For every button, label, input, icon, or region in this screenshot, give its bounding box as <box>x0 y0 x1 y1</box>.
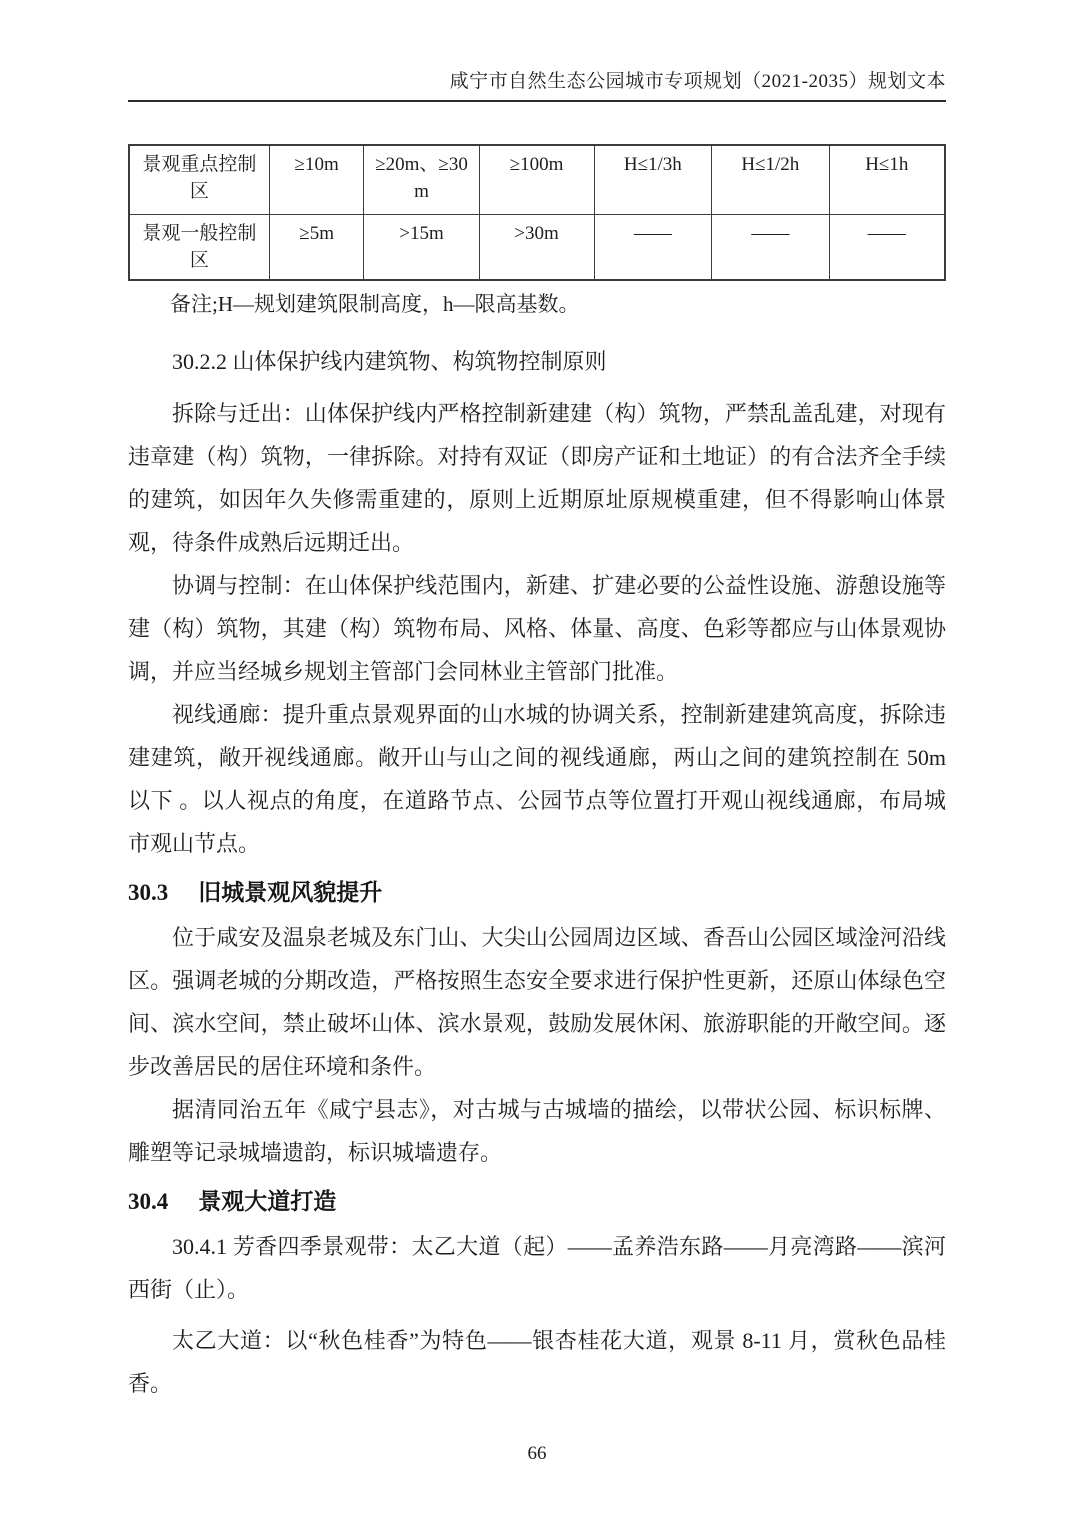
page-header: 咸宁市自然生态公园城市专项规划（2021-2035）规划文本 <box>128 70 946 102</box>
document-page: 咸宁市自然生态公园城市专项规划（2021-2035）规划文本 景观重点控制区 ≥… <box>0 0 1074 1520</box>
paragraph-avenue-route: 30.4.1 芳香四季景观带：太乙大道（起）——孟养浩东路——月亮湾路——滨河西… <box>128 1225 946 1311</box>
section-number: 30.4 <box>128 1187 168 1217</box>
table-cell: ≥100m <box>479 145 594 215</box>
paragraph-oldtown-renewal: 位于咸安及温泉老城及东门山、大尖山公园周边区域、香吾山公园区域淦河沿线区。强调老… <box>128 916 946 1088</box>
page-number: 66 <box>128 1442 946 1465</box>
landscape-height-control-table: 景观重点控制区 ≥10m ≥20m、≥30m ≥100m H≤1/3h H≤1/… <box>128 144 946 281</box>
table-row-general-control-zone: 景观一般控制区 ≥5m >15m >30m —— —— —— <box>129 215 945 281</box>
table-cell: ≥10m <box>269 145 364 215</box>
table-note: 备注;H—规划建筑限制高度，h—限高基数。 <box>128 291 946 318</box>
table-cell: —— <box>594 215 712 281</box>
paragraph-sightline-corridor: 视线通廊：提升重点景观界面的山水城的协调关系，控制新建建筑高度，拆除违建建筑，敞… <box>128 693 946 865</box>
paragraph-taiyi-avenue: 太乙大道：以“秋色桂香”为特色——银杏桂花大道，观景 8-11 月，赏秋色品桂香… <box>128 1319 946 1405</box>
paragraph-demolition-relocation: 拆除与迁出：山体保护线内严格控制新建建（构）筑物，严禁乱盖乱建，对现有违章建（构… <box>128 392 946 564</box>
table-cell: ≥20m、≥30m <box>364 145 479 215</box>
table-cell-zone-label: 景观一般控制区 <box>129 215 269 281</box>
section-title: 旧城景观风貌提升 <box>198 879 382 905</box>
table-cell: H≤1/3h <box>594 145 712 215</box>
table-cell: >30m <box>479 215 594 281</box>
section-heading-30-3: 30.3旧城景观风貌提升 <box>128 877 946 908</box>
table-cell-zone-label: 景观重点控制区 <box>129 145 269 215</box>
table-cell: H≤1h <box>829 145 945 215</box>
table-cell: —— <box>712 215 830 281</box>
table-cell: ≥5m <box>269 215 364 281</box>
section-number: 30.3 <box>128 878 168 908</box>
paragraph-oldtown-citywall: 据清同治五年《咸宁县志》，对古城与古城墙的描绘，以带状公园、标识标牌、雕塑等记录… <box>128 1088 946 1174</box>
table-cell: >15m <box>364 215 479 281</box>
section-title: 景观大道打造 <box>198 1188 336 1214</box>
subsection-heading-30-2-2: 30.2.2 山体保护线内建筑物、构筑物控制原则 <box>128 348 946 376</box>
table-cell: —— <box>829 215 945 281</box>
paragraph-coordination-control: 协调与控制：在山体保护线范围内，新建、扩建必要的公益性设施、游憩设施等建（构）筑… <box>128 564 946 693</box>
table-cell: H≤1/2h <box>712 145 830 215</box>
document-title: 咸宁市自然生态公园城市专项规划（2021-2035）规划文本 <box>128 70 946 93</box>
section-heading-30-4: 30.4景观大道打造 <box>128 1186 946 1217</box>
table-row-key-control-zone: 景观重点控制区 ≥10m ≥20m、≥30m ≥100m H≤1/3h H≤1/… <box>129 145 945 215</box>
